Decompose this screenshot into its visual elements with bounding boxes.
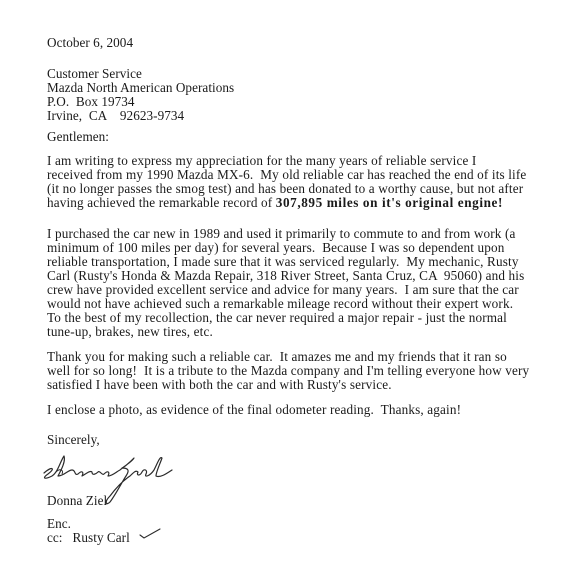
signer-name: Donna Ziel xyxy=(47,493,107,509)
closing: Sincerely, xyxy=(47,432,100,448)
paragraph-1-text: having achieved the remarkable record of xyxy=(47,195,276,210)
cc-line: cc: Rusty Carl xyxy=(47,530,130,546)
checkmark-icon xyxy=(138,527,162,539)
salutation: Gentlemen: xyxy=(47,129,109,145)
paragraph-3-line: satisfied I have been with both the car … xyxy=(47,377,392,393)
paragraph-2-line: tune-up, brakes, new tires, etc. xyxy=(47,324,213,340)
paragraph-4-line: I enclose a photo, as evidence of the fi… xyxy=(47,402,461,418)
letter-date: October 6, 2004 xyxy=(47,35,133,51)
paragraph-1-line: having achieved the remarkable record of… xyxy=(47,195,503,211)
recipient-line: Irvine, CA 92623-9734 xyxy=(47,108,184,124)
mileage-emphasis: 307,895 miles on it's original engine! xyxy=(276,195,503,210)
